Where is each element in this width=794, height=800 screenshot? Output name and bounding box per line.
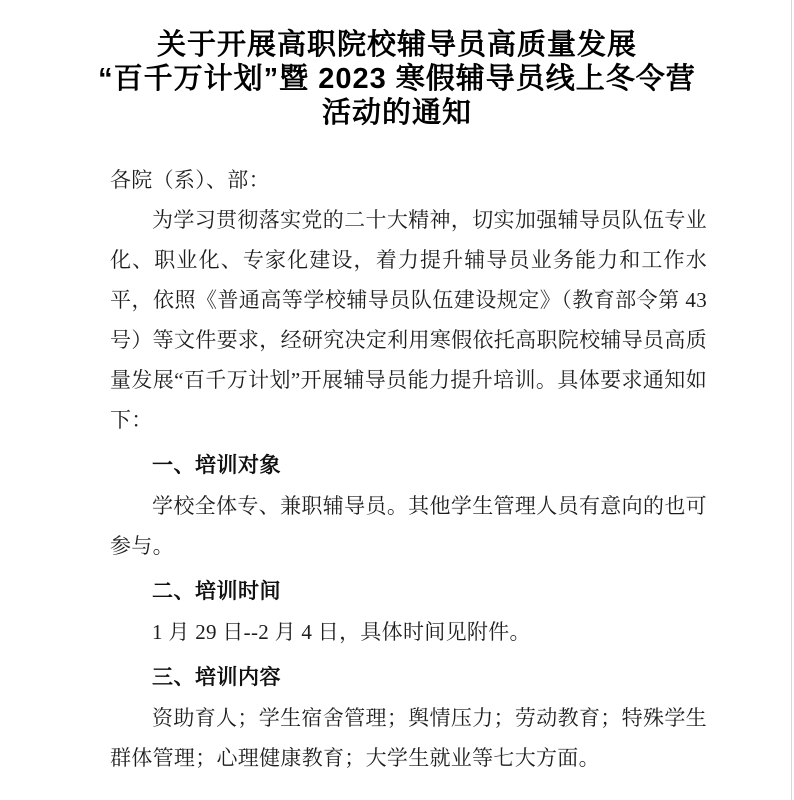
section-body-training-target: 学校全体专、兼职辅导员。其他学生管理人员有意向的也可参与。 — [110, 486, 707, 566]
document-page: 关于开展高职院校辅导员高质量发展 “百千万计划”暨 2023 寒假辅导员线上冬令… — [0, 0, 794, 800]
section-body-training-content: 资助育人；学生宿舍管理；舆情压力；劳动教育；特殊学生群体管理；心理健康教育；大学… — [110, 698, 707, 778]
notice-title-line-2: “百千万计划”暨 2023 寒假辅导员线上冬令营 — [40, 62, 754, 96]
page-edge-line — [791, 0, 792, 800]
section-heading-training-time: 二、培训时间 — [110, 572, 707, 612]
notice-title-line-3: 活动的通知 — [40, 96, 754, 130]
intro-paragraph: 为学习贯彻落实党的二十大精神，切实加强辅导员队伍专业化、职业化、专家化建设，着力… — [110, 200, 707, 440]
salutation: 各院（系）、部： — [110, 160, 707, 200]
section-heading-training-content: 三、培训内容 — [110, 658, 707, 698]
notice-body: 各院（系）、部： 为学习贯彻落实党的二十大精神，切实加强辅导员队伍专业化、职业化… — [110, 160, 707, 778]
section-body-training-time: 1 月 29 日--2 月 4 日，具体时间见附件。 — [110, 612, 707, 652]
notice-title-line-1: 关于开展高职院校辅导员高质量发展 — [40, 28, 754, 62]
section-heading-training-target: 一、培训对象 — [110, 446, 707, 486]
notice-title: 关于开展高职院校辅导员高质量发展 “百千万计划”暨 2023 寒假辅导员线上冬令… — [40, 28, 754, 130]
